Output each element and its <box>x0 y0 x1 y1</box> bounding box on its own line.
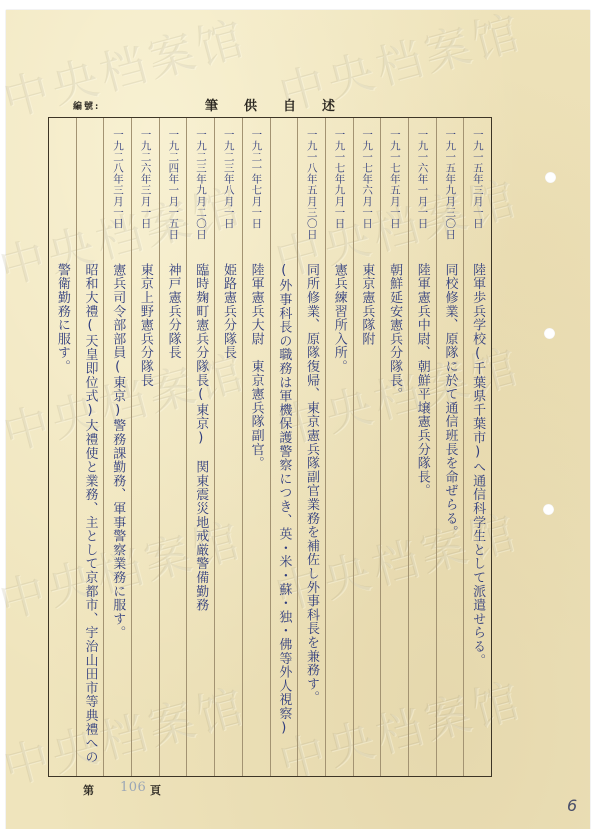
handwritten-corner-mark: 6 <box>567 796 577 815</box>
entry-text: 東京憲兵隊附 <box>360 263 373 346</box>
punch-hole-icon <box>545 172 556 183</box>
entry-column: 一九二三年九月二〇日 臨時麹町憲兵分隊長(東京) 関東震災地戒厳警備勤務 <box>186 118 214 776</box>
entry-date: 一九一七年五月一日 <box>389 129 400 229</box>
page-number-stamp: 106 <box>120 780 146 795</box>
entry-column: 一九二一年七月一日 陸軍憲兵大尉 東京憲兵隊副官。 <box>242 118 270 776</box>
entry-date: 一九二八年三月一日 <box>112 129 123 229</box>
entry-text: 姫路憲兵分隊長 <box>222 263 235 360</box>
entry-column: 一九二六年三月一日 東京上野憲兵分隊長 <box>131 118 159 776</box>
page-number-prefix: 第 <box>83 782 94 798</box>
entry-date: 一九一八年五月三〇日 <box>306 129 317 240</box>
entry-date: 一九二三年九月二〇日 <box>196 129 207 240</box>
entry-column: 一九一七年九月一日 憲兵練習所入所。 <box>325 118 353 776</box>
entry-column: 昭和大禮(天皇即位式)大禮使と業務、主として京都市、宇治山田市等典禮への <box>76 118 104 776</box>
entry-text: 陸軍歩兵学校(千葉県千葉市)へ通信科学生として派遣せらる。 <box>471 263 484 667</box>
entry-date: 一九二一年七月一日 <box>251 129 262 229</box>
entry-date: 一九二六年三月一日 <box>140 129 151 229</box>
entry-date: 一九一七年六月一日 <box>362 129 373 229</box>
document-page: 中央档案馆 中央档案馆 中央档案馆 中央档案馆 中央档案馆 中央档案馆 中央档案… <box>6 10 590 829</box>
entry-column: 一九二三年八月一日 姫路憲兵分隊長 <box>214 118 242 776</box>
entry-text: 同所修業、原隊復帰、東京憲兵隊副官業務を補佐し外事科長を兼務す。 <box>305 263 318 705</box>
entry-text: 憲兵練習所入所。 <box>333 263 346 373</box>
entry-text: 朝鮮延安憲兵分隊長。 <box>388 263 401 401</box>
entry-date: 一九一五年三月一日 <box>472 129 483 229</box>
entry-date: 一九一七年九月一日 <box>334 129 345 229</box>
entry-column: 一九一五年三月一日 陸軍歩兵学校(千葉県千葉市)へ通信科学生として派遣せらる。 <box>463 118 491 776</box>
entry-column: 一九一六年一月一日 陸軍憲兵中尉、朝鮮平壌憲兵分隊長。 <box>408 118 436 776</box>
entry-text: 神戸憲兵分隊長 <box>167 263 180 360</box>
entry-text: 臨時麹町憲兵分隊長(東京) 関東震災地戒厳警備勤務 <box>194 263 207 612</box>
entry-date: 一九二四年一月一五日 <box>168 129 179 240</box>
entry-date: 一九一五年九月三〇日 <box>445 129 456 240</box>
entry-text: 陸軍憲兵中尉、朝鮮平壌憲兵分隊長。 <box>416 263 429 498</box>
entry-text: 憲兵司令部部員(東京)警務課勤務、軍事警察業務に服す。 <box>111 263 124 640</box>
entry-column: 一九一五年九月三〇日 同校修業、原隊に於て通信班長を命ぜらる。 <box>436 118 464 776</box>
entry-text: 陸軍憲兵大尉 東京憲兵隊副官。 <box>250 263 263 470</box>
document-title: 筆供自述 <box>205 95 361 114</box>
page-number-suffix: 頁 <box>150 782 161 798</box>
entry-column: 一九二四年一月一五日 神戸憲兵分隊長 <box>159 118 187 776</box>
serial-number-label: 編號: <box>73 99 100 112</box>
ruled-columns-table: 一九一五年三月一日 陸軍歩兵学校(千葉県千葉市)へ通信科学生として派遣せらる。 … <box>48 117 492 777</box>
entry-date: 一九一六年一月一日 <box>417 129 428 229</box>
entry-text: 東京上野憲兵分隊長 <box>139 263 152 387</box>
entry-column: 警衛勤務に服す。 <box>49 118 76 776</box>
entry-column: 一九一七年五月一日 朝鮮延安憲兵分隊長。 <box>380 118 408 776</box>
entry-date: 一九二三年八月一日 <box>223 129 234 229</box>
entry-text: 同校修業、原隊に於て通信班長を命ぜらる。 <box>443 263 456 539</box>
entry-text: 警衛勤務に服す。 <box>56 263 69 373</box>
entry-column: 一九一八年五月三〇日 同所修業、原隊復帰、東京憲兵隊副官業務を補佐し外事科長を兼… <box>297 118 325 776</box>
punch-hole-icon <box>543 504 554 515</box>
punch-hole-icon <box>544 328 555 339</box>
entry-text: 昭和大禮(天皇即位式)大禮使と業務、主として京都市、宇治山田市等典禮への <box>84 263 97 764</box>
entry-column: 一九二八年三月一日 憲兵司令部部員(東京)警務課勤務、軍事警察業務に服す。 <box>103 118 131 776</box>
entry-text: (外事科長の職務は軍機保護警察につき、英・米・蘇・独・佛等外人視察) <box>277 263 290 736</box>
entry-column: 一九一七年六月一日 東京憲兵隊附 <box>353 118 381 776</box>
entry-column: (外事科長の職務は軍機保護警察につき、英・米・蘇・独・佛等外人視察) <box>270 118 298 776</box>
